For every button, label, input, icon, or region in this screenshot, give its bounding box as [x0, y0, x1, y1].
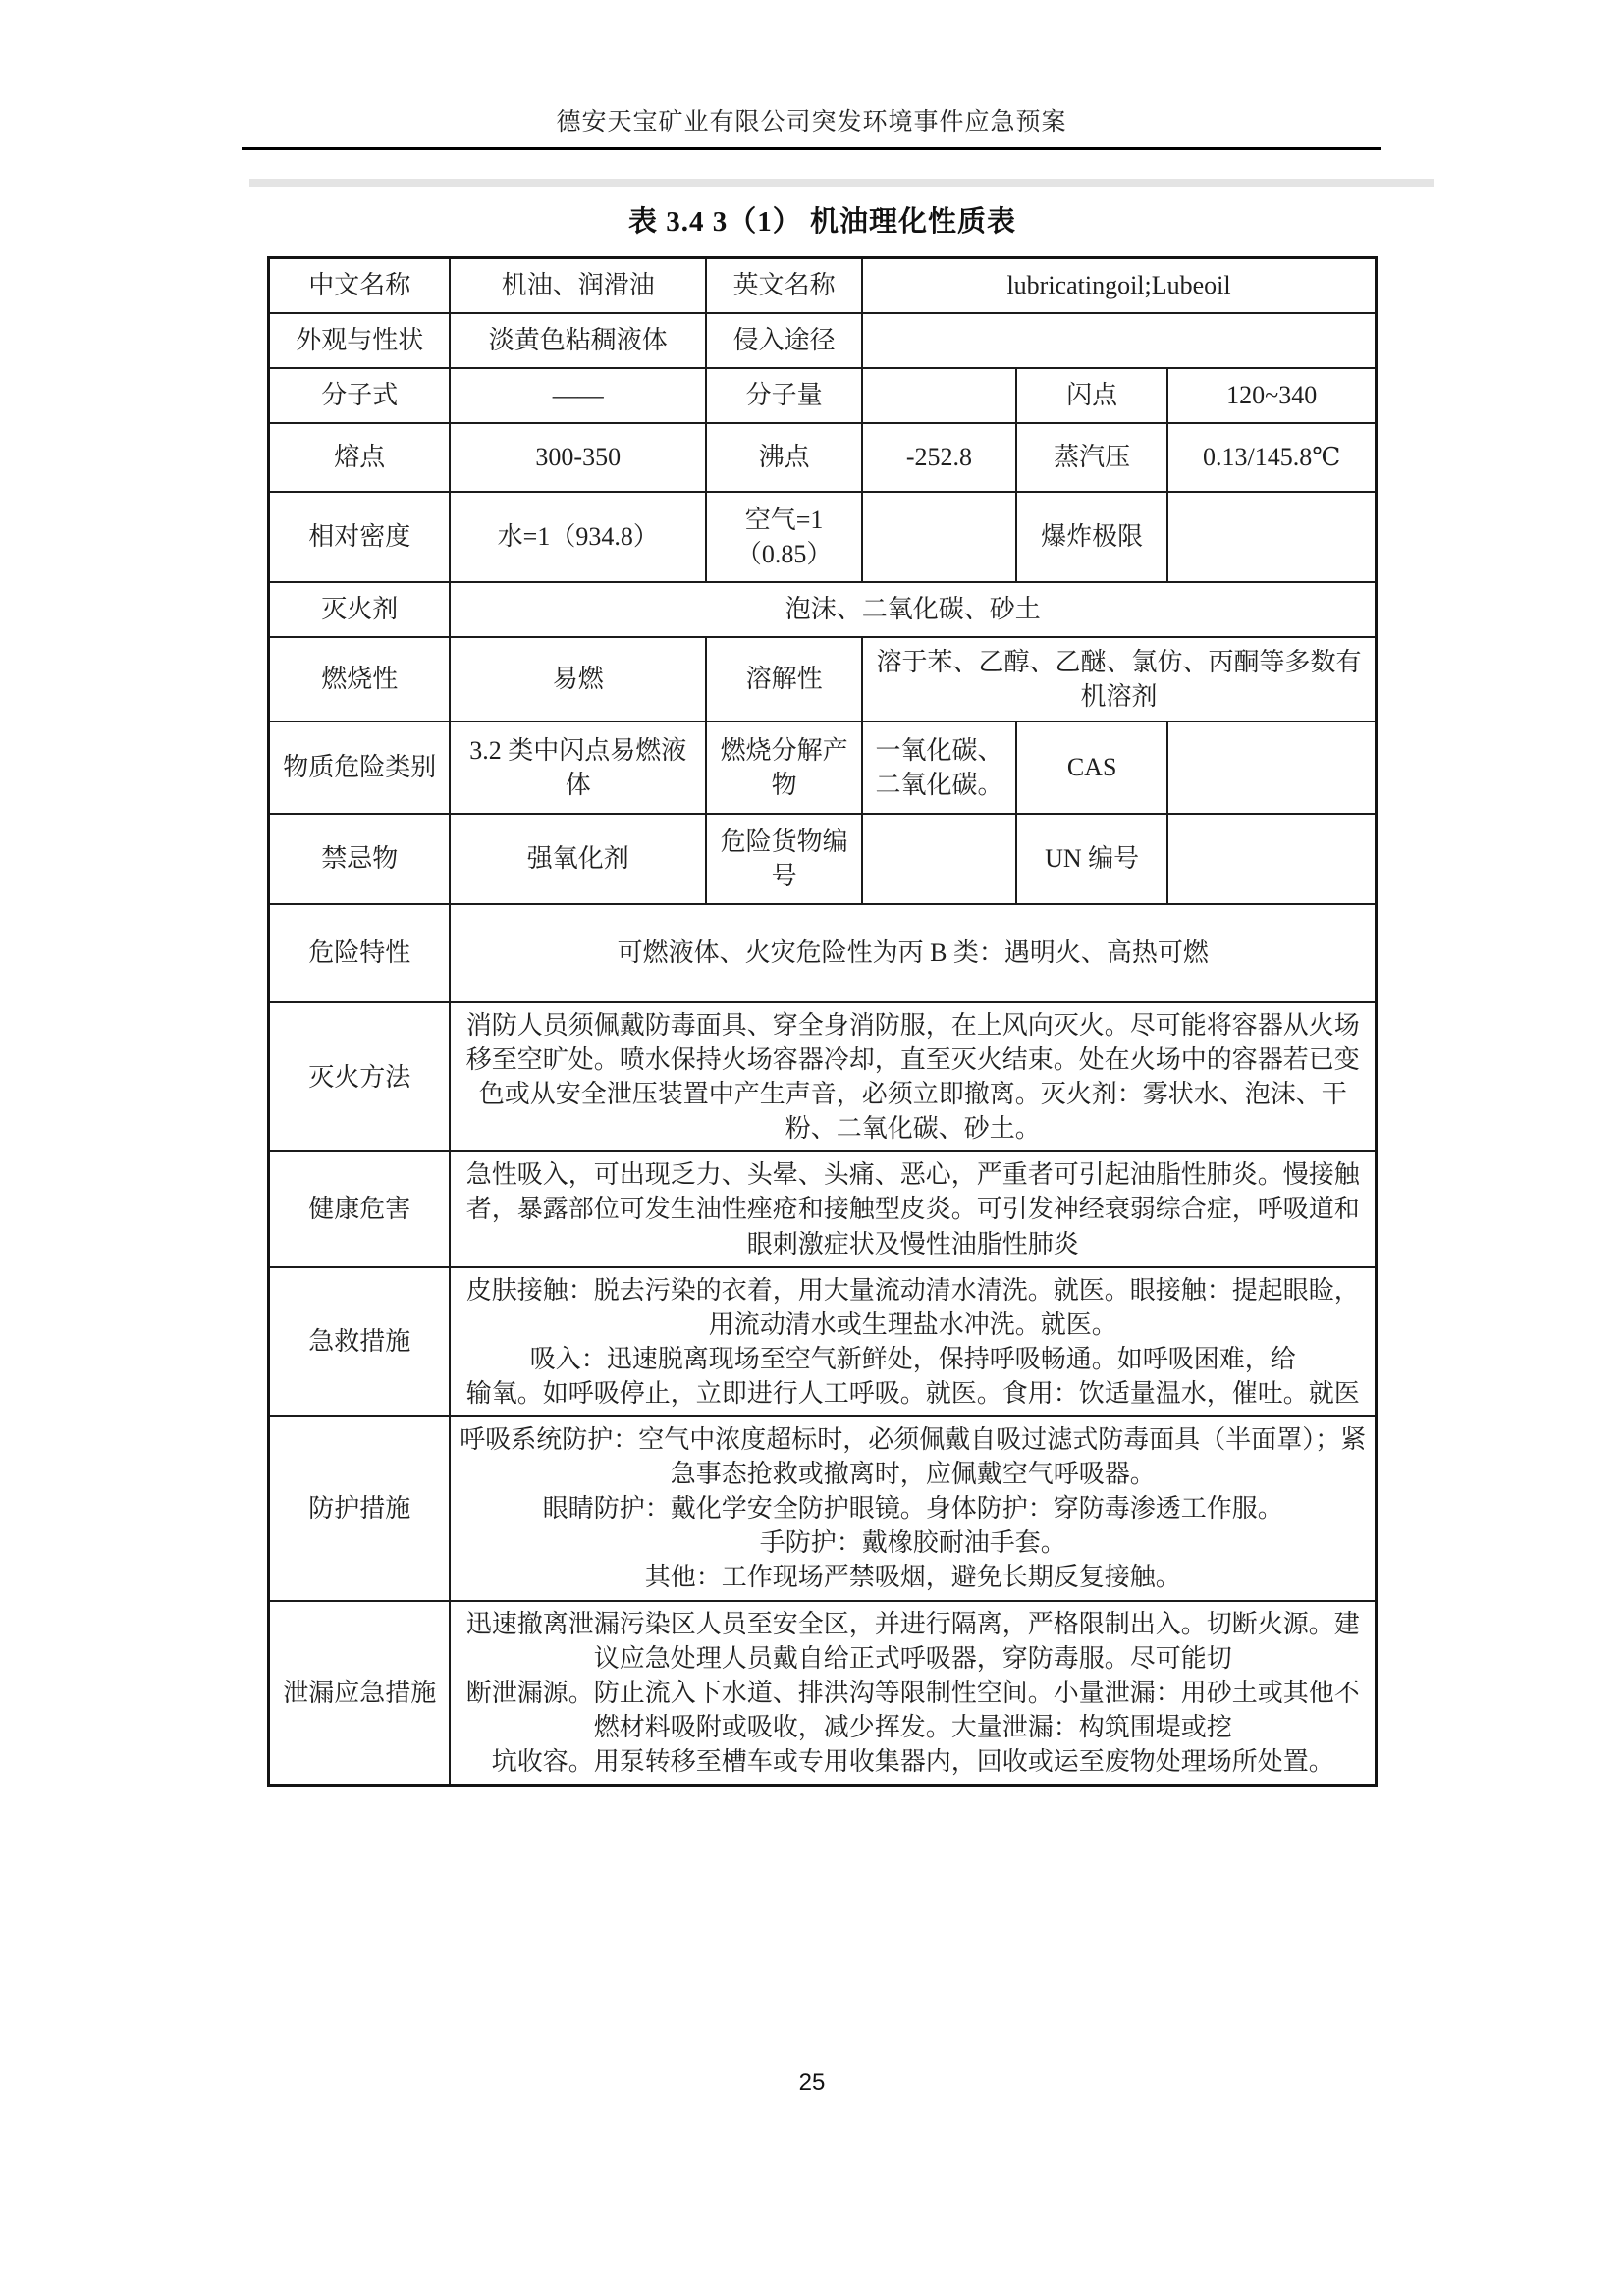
- chinese-name-value: 机油、润滑油: [450, 258, 706, 314]
- relative-density-water-value: 水=1（934.8）: [450, 492, 706, 582]
- appearance-label: 外观与性状: [269, 313, 451, 368]
- table-row: 泄漏应急措施 迅速撤离泄漏污染区人员至安全区，并进行隔离，严格限制出入。切断火源…: [269, 1601, 1377, 1786]
- table-row: 分子式 —— 分子量 闪点 120~340: [269, 368, 1377, 423]
- molecular-weight-value: [862, 368, 1016, 423]
- hazard-class-label: 物质危险类别: [269, 721, 451, 814]
- forbidden-substances-value: 强氧化剂: [450, 814, 706, 904]
- boiling-point-value: -252.8: [862, 423, 1016, 492]
- flash-point-value: 120~340: [1167, 368, 1376, 423]
- table-row: 熔点 300-350 沸点 -252.8 蒸汽压 0.13/145.8℃: [269, 423, 1377, 492]
- header-divider-rule: [242, 147, 1381, 150]
- extinguishing-agent-label: 灭火剂: [269, 582, 451, 637]
- explosion-limit-label: 爆炸极限: [1016, 492, 1168, 582]
- boiling-point-label: 沸点: [706, 423, 862, 492]
- health-hazard-label: 健康危害: [269, 1151, 451, 1266]
- combustion-products-value: 一氧化碳、二氧化碳。: [862, 721, 1016, 814]
- vapor-pressure-label: 蒸汽压: [1016, 423, 1168, 492]
- un-number-label: UN 编号: [1016, 814, 1168, 904]
- table-row: 急救措施 皮肤接触：脱去污染的衣着，用大量流动清水清洗。就医。眼接触：提起眼睑，…: [269, 1267, 1377, 1416]
- hazard-characteristics-label: 危险特性: [269, 904, 451, 1002]
- leakage-emergency-measures-label: 泄漏应急措施: [269, 1601, 451, 1786]
- leakage-emergency-measures-text: 迅速撤离泄漏污染区人员至安全区，并进行隔离，严格限制出入。切断火源。建议应急处理…: [450, 1601, 1376, 1786]
- table-row: 灭火剂 泡沫、二氧化碳、砂土: [269, 582, 1377, 637]
- fire-fighting-method-label: 灭火方法: [269, 1002, 451, 1151]
- table-row: 中文名称 机油、润滑油 英文名称 lubricatingoil;Lubeoil: [269, 258, 1377, 314]
- flammability-label: 燃烧性: [269, 637, 451, 721]
- extinguishing-agent-value: 泡沫、二氧化碳、砂土: [450, 582, 1376, 637]
- protection-measures-label: 防护措施: [269, 1416, 451, 1600]
- english-name-label: 英文名称: [706, 258, 862, 314]
- molecular-weight-label: 分子量: [706, 368, 862, 423]
- entry-route-value: [862, 313, 1376, 368]
- melting-point-label: 熔点: [269, 423, 451, 492]
- table-row: 健康危害 急性吸入，可出现乏力、头晕、头痛、恶心，严重者可引起油脂性肺炎。慢接触…: [269, 1151, 1377, 1266]
- dangerous-goods-code-value: [862, 814, 1016, 904]
- solubility-label: 溶解性: [706, 637, 862, 721]
- solubility-value: 溶于苯、乙醇、乙醚、氯仿、丙酮等多数有机溶剂: [862, 637, 1376, 721]
- appearance-value: 淡黄色粘稠液体: [450, 313, 706, 368]
- table-title: 表 3.4 3（1） 机油理化性质表: [267, 199, 1378, 240]
- protection-measures-text: 呼吸系统防护：空气中浓度超标时，必须佩戴自吸过滤式防毒面具（半面罩）；紧急事态抢…: [450, 1416, 1376, 1600]
- table-row: 危险特性 可燃液体、火灾危险性为丙 B 类：遇明火、高热可燃: [269, 904, 1377, 1002]
- molecular-formula-label: 分子式: [269, 368, 451, 423]
- explosion-limit-value: [1167, 492, 1376, 582]
- chinese-name-label: 中文名称: [269, 258, 451, 314]
- forbidden-substances-label: 禁忌物: [269, 814, 451, 904]
- table-row: 外观与性状 淡黄色粘稠液体 侵入途径: [269, 313, 1377, 368]
- table-row: 禁忌物 强氧化剂 危险货物编号 UN 编号: [269, 814, 1377, 904]
- fire-fighting-method-text: 消防人员须佩戴防毒面具、穿全身消防服，在上风向灭火。尽可能将容器从火场移至空旷处…: [450, 1002, 1376, 1151]
- table-row: 相对密度 水=1（934.8） 空气=1（0.85） 爆炸极限: [269, 492, 1377, 582]
- table-row: 灭火方法 消防人员须佩戴防毒面具、穿全身消防服，在上风向灭火。尽可能将容器从火场…: [269, 1002, 1377, 1151]
- table-row: 防护措施 呼吸系统防护：空气中浓度超标时，必须佩戴自吸过滤式防毒面具（半面罩）；…: [269, 1416, 1377, 1600]
- hazard-class-value: 3.2 类中闪点易燃液体: [450, 721, 706, 814]
- vapor-pressure-value: 0.13/145.8℃: [1167, 423, 1376, 492]
- cas-label: CAS: [1016, 721, 1168, 814]
- relative-density-air-value: 空气=1（0.85）: [706, 492, 862, 582]
- molecular-formula-value: ——: [450, 368, 706, 423]
- relative-density-empty-cell: [862, 492, 1016, 582]
- first-aid-measures-text: 皮肤接触：脱去污染的衣着，用大量流动清水清洗。就医。眼接触：提起眼睑，用流动清水…: [450, 1267, 1376, 1416]
- flash-point-label: 闪点: [1016, 368, 1168, 423]
- combustion-products-label: 燃烧分解产物: [706, 721, 862, 814]
- scan-artifact-band: [249, 179, 1434, 187]
- flammability-value: 易燃: [450, 637, 706, 721]
- hazard-characteristics-value: 可燃液体、火灾危险性为丙 B 类：遇明火、高热可燃: [450, 904, 1376, 1002]
- document-header-title: 德安天宝矿业有限公司突发环境事件应急预案: [242, 102, 1381, 137]
- table-row: 物质危险类别 3.2 类中闪点易燃液体 燃烧分解产物 一氧化碳、二氧化碳。 CA…: [269, 721, 1377, 814]
- page-number: 25: [0, 2069, 1624, 2097]
- english-name-value: lubricatingoil;Lubeoil: [862, 258, 1376, 314]
- oil-properties-table: 中文名称 机油、润滑油 英文名称 lubricatingoil;Lubeoil …: [267, 256, 1378, 1787]
- health-hazard-text: 急性吸入，可出现乏力、头晕、头痛、恶心，严重者可引起油脂性肺炎。慢接触者，暴露部…: [450, 1151, 1376, 1266]
- un-number-value: [1167, 814, 1376, 904]
- entry-route-label: 侵入途径: [706, 313, 862, 368]
- first-aid-measures-label: 急救措施: [269, 1267, 451, 1416]
- cas-value: [1167, 721, 1376, 814]
- dangerous-goods-code-label: 危险货物编号: [706, 814, 862, 904]
- table-row: 燃烧性 易燃 溶解性 溶于苯、乙醇、乙醚、氯仿、丙酮等多数有机溶剂: [269, 637, 1377, 721]
- relative-density-label: 相对密度: [269, 492, 451, 582]
- melting-point-value: 300-350: [450, 423, 706, 492]
